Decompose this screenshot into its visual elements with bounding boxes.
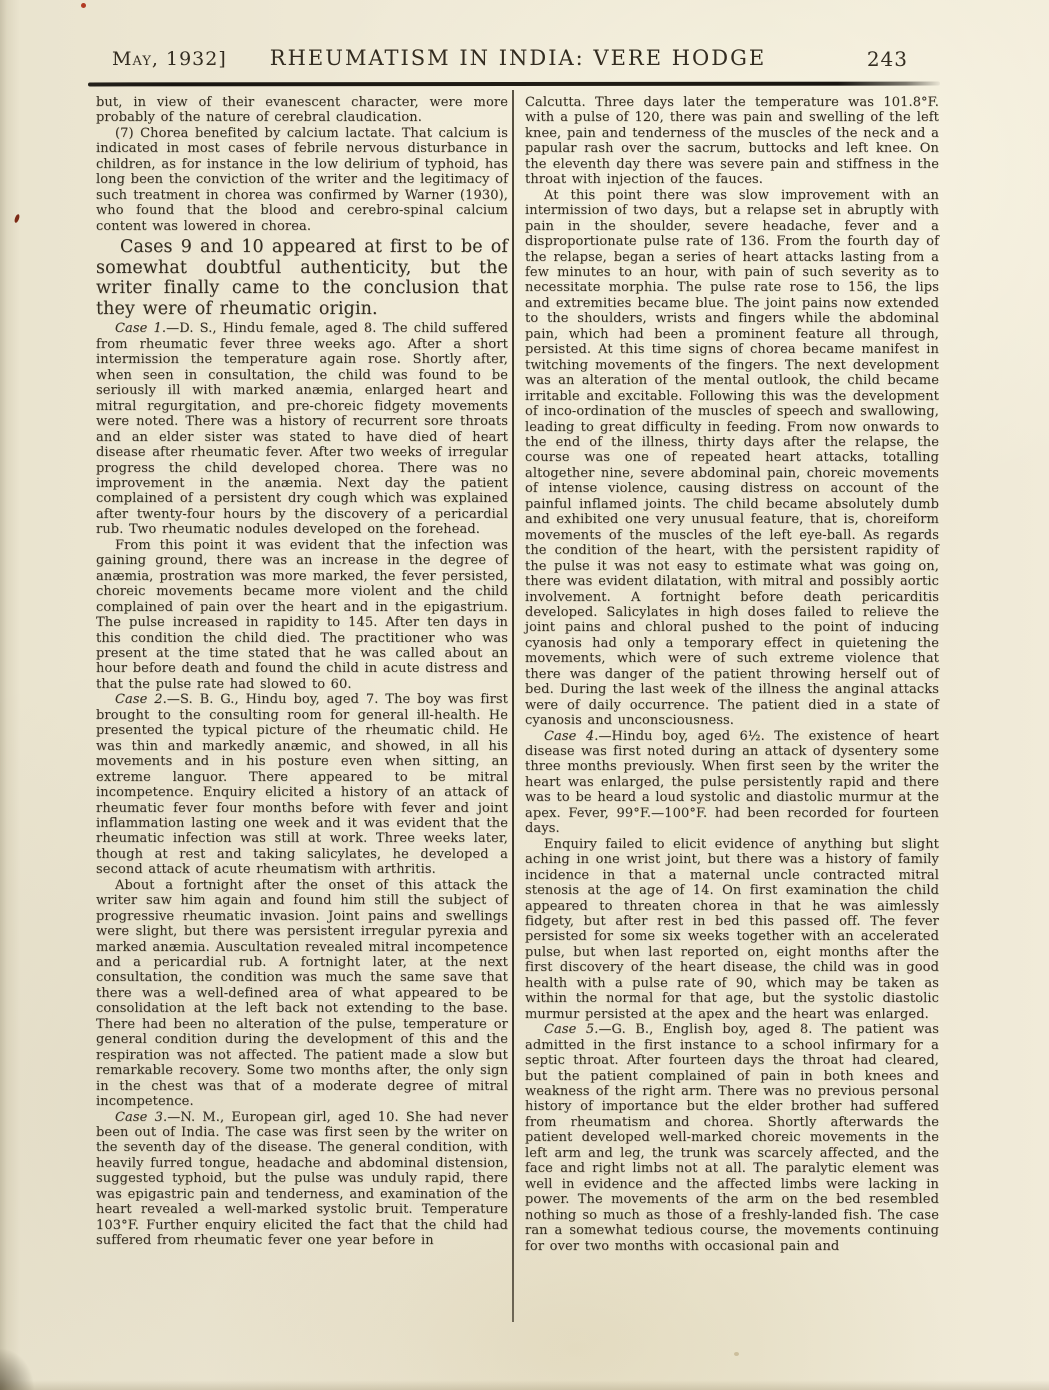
page-number: 243 (867, 47, 908, 71)
paragraph: From this point it was evident that the … (96, 538, 508, 693)
case-paragraph: Case 4.—Hindu boy, aged 6½. The existenc… (525, 729, 939, 837)
red-ink-dot-artifact (81, 3, 86, 8)
right-column: Calcutta. Three days later the temperatu… (525, 95, 939, 1254)
left-column: but, in view of their evanescent charact… (96, 95, 508, 1249)
paragraph: About a fortnight after the onset of thi… (96, 878, 508, 1110)
header-rule (88, 82, 940, 87)
paragraph: Enquiry failed to elicit evidence of any… (525, 837, 939, 1022)
issue-date: May, 1932] (112, 48, 227, 70)
page-bottom-edge-shadow (0, 1380, 1049, 1390)
paragraph: (7) Chorea benefited by calcium lactate.… (96, 126, 508, 234)
case-label: Case 5. (544, 1022, 598, 1037)
paper-speck-artifact (734, 1352, 739, 1356)
case-label: Case 4. (544, 729, 598, 744)
case-label: Case 2. (115, 692, 167, 707)
paragraph: At this point there was slow improvement… (525, 188, 939, 729)
paragraph: but, in view of their evanescent charact… (96, 95, 508, 126)
case-label: Case 3. (115, 1110, 167, 1125)
margin-ink-fleck-artifact (14, 214, 21, 224)
case-paragraph: Case 1.—D. S., Hindu female, aged 8. The… (96, 321, 508, 537)
case-label: Case 1. (115, 321, 166, 336)
journal-page-scan: May, 1932] RHEUMATISM IN INDIA: VERE HOD… (0, 0, 1049, 1390)
case-paragraph: Case 3.—N. M., European girl, aged 10. S… (96, 1110, 508, 1249)
paragraph: Cases 9 and 10 appeared at first to be o… (96, 237, 508, 319)
case-paragraph: Case 2.—S. B. G., Hindu boy, aged 7. The… (96, 692, 508, 877)
case-paragraph: Case 5.—G. B., English boy, aged 8. The … (525, 1022, 939, 1254)
paragraph: Calcutta. Three days later the temperatu… (525, 95, 939, 188)
page-title: RHEUMATISM IN INDIA: VERE HODGE (270, 46, 766, 70)
column-divider-rule (512, 90, 514, 1322)
running-head: May, 1932] RHEUMATISM IN INDIA: VERE HOD… (96, 44, 940, 74)
